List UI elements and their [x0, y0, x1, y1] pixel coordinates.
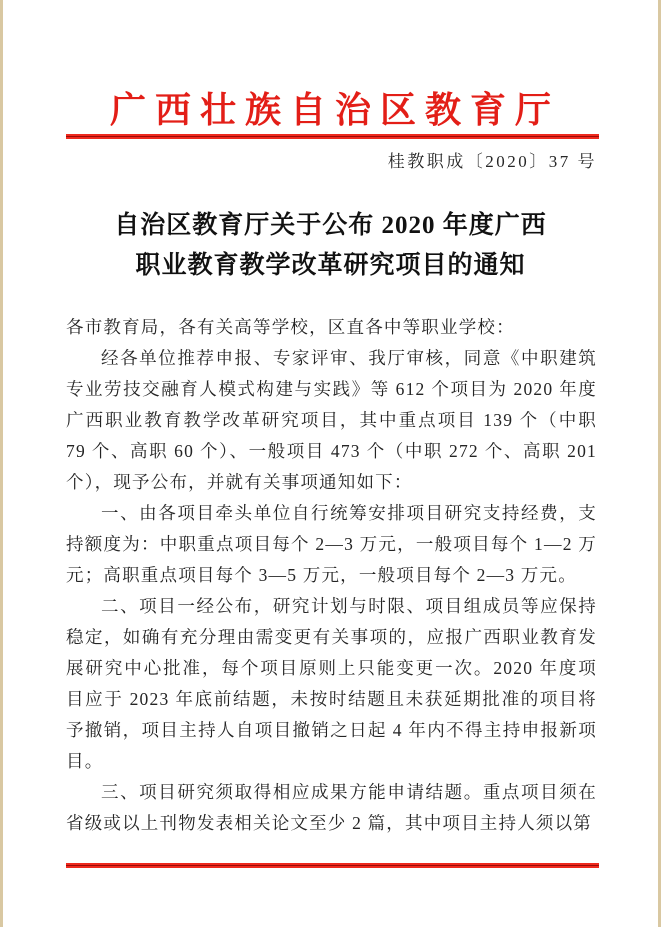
header-divider-rule	[66, 134, 599, 139]
agency-name: 广西壮族自治区教育厅	[0, 82, 661, 133]
document-body: 各市教育局，各有关高等学校，区直各中等职业学校： 经各单位推荐申报、专家评审、我…	[66, 312, 597, 839]
paragraph-item-1: 一、由各项目牵头单位自行统筹安排项目研究支持经费，支持额度为：中职重点项目每个 …	[66, 498, 597, 591]
paragraph-intro: 经各单位推荐申报、专家评审、我厅审核，同意《中职建筑专业劳技交融育人模式构建与实…	[66, 343, 597, 498]
footer-divider-rule	[66, 863, 599, 868]
document-title-line2: 职业教育教学改革研究项目的通知	[0, 246, 661, 286]
document-number: 桂教职成〔2020〕37 号	[388, 147, 597, 172]
paragraph-item-3: 三、项目研究须取得相应成果方能申请结题。重点项目须在省级或以上刊物发表相关论文至…	[66, 777, 597, 839]
paragraph-item-2: 二、项目一经公布，研究计划与时限、项目组成员等应保持稳定，如确有充分理由需变更有…	[66, 591, 597, 777]
document-title: 自治区教育厅关于公布 2020 年度广西 职业教育教学改革研究项目的通知	[0, 206, 661, 286]
document-title-line1: 自治区教育厅关于公布 2020 年度广西	[0, 206, 661, 246]
salutation: 各市教育局，各有关高等学校，区直各中等职业学校：	[66, 312, 597, 343]
page-edge-left	[0, 0, 3, 927]
